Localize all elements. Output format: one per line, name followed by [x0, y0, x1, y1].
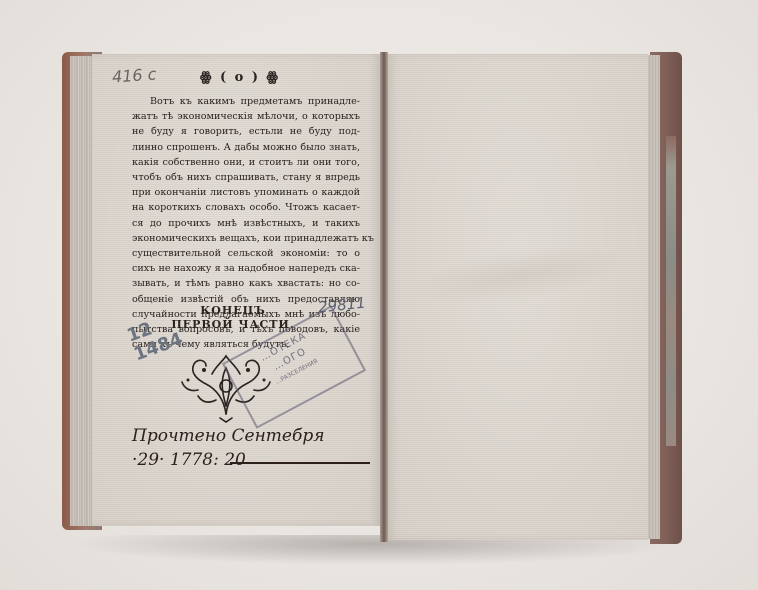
text-line: на короткихъ словахъ особо. Чтожъ касает… [132, 200, 360, 215]
book-gutter [380, 52, 388, 542]
text-line: не буду я говорить, естьли не буду под- [132, 124, 360, 139]
text-line: линно спрошенъ. А дабы можно было знать, [132, 140, 360, 155]
page-running-head: ꙮ ( о ) ꙮ [200, 70, 280, 85]
text-line: какія собственно они, и стоитъ ли они то… [132, 155, 360, 170]
marbled-cover-strip [666, 136, 676, 446]
text-line: сихъ не нахожу я за надобное напередъ ск… [132, 261, 360, 276]
text-line: чтобъ объ нихъ спрашивать, стану я впред… [132, 170, 360, 185]
inscription-line: ·29· 1778: 20 [132, 448, 325, 472]
inscription-line: Прочтено Сентебря [132, 424, 325, 448]
text-line: зывать, и тѣмъ равно какъ хвастать: но с… [132, 276, 360, 291]
text-line: экономическихъ вещахъ, кои принадлежатъ … [132, 231, 360, 246]
end-title-line: КОНЕЦЪ [168, 304, 298, 318]
text-line: при окончаніи листовъ упоминать о каждой [132, 185, 360, 200]
pencil-annotation: 416 c [111, 64, 157, 86]
end-of-part-title: КОНЕЦЪ ПЕРВОЙ ЧАСТИ. [168, 304, 298, 332]
text-line: ся до прочихъ мнѣ извѣстныхъ, и такихъ [132, 216, 360, 231]
signature-flourish [230, 462, 370, 464]
handwritten-inscription: Прочтено Сентебря ·29· 1778: 20 [132, 424, 325, 472]
text-line: существительной сельской экономіи: то о [132, 246, 360, 261]
text-line: Вотъ къ какимъ предметамъ принадле- [132, 94, 360, 109]
text-line: жатъ тѣ экономическія мѣлочи, о которыхъ [132, 109, 360, 124]
end-title-line: ПЕРВОЙ ЧАСТИ. [168, 318, 298, 332]
